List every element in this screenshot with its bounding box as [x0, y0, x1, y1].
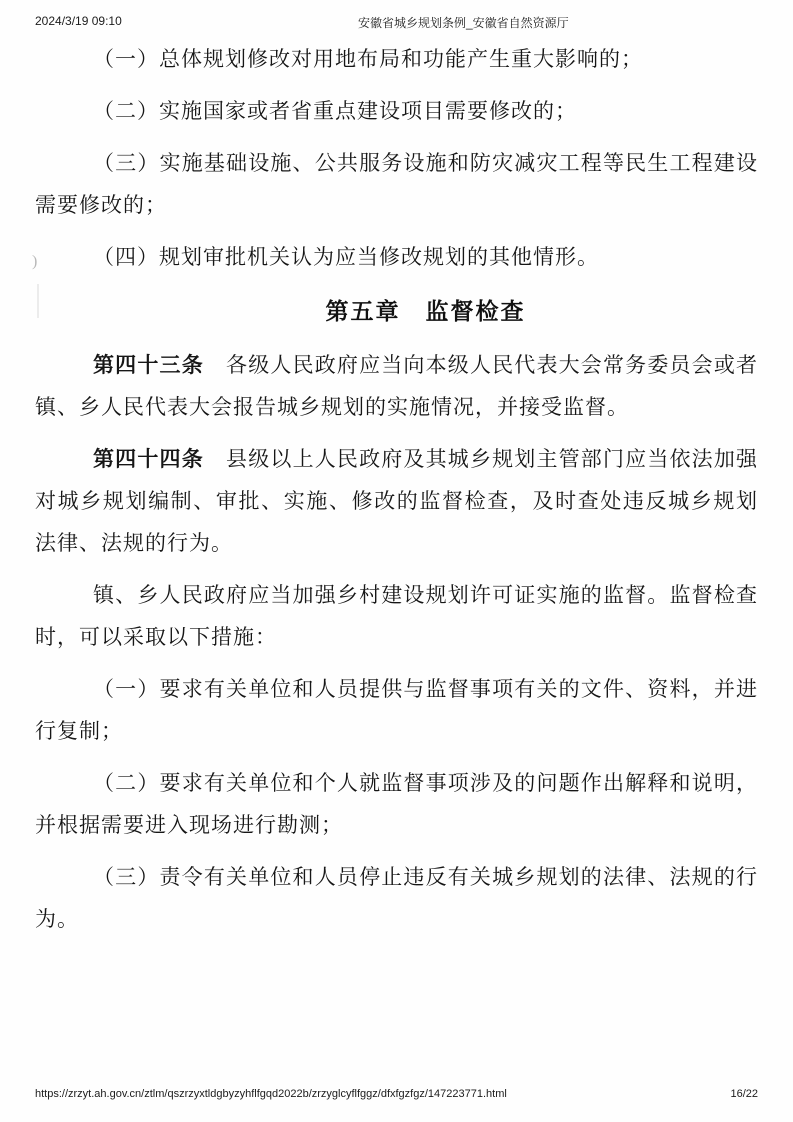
modification-item-4: （四）规划审批机关认为应当修改规划的其他情形。: [35, 236, 758, 278]
measure-item-3: （三）责令有关单位和人员停止违反有关城乡规划的法律、法规的行为。: [35, 856, 758, 940]
measure-item-2: （二）要求有关单位和个人就监督事项涉及的问题作出解释和说明，并根据需要进入现场进…: [35, 762, 758, 846]
supervision-paragraph: 镇、乡人民政府应当加强乡村建设规划许可证实施的监督。监督检查时，可以采取以下措施…: [35, 574, 758, 658]
print-footer: https://zrzyt.ah.gov.cn/ztlm/qszrzyxtldg…: [35, 1088, 758, 1104]
measure-item-1: （一）要求有关单位和人员提供与监督事项有关的文件、资料，并进行复制；: [35, 668, 758, 752]
modification-item-2: （二）实施国家或者省重点建设项目需要修改的；: [35, 90, 758, 132]
article-44-number: 第四十四条: [93, 447, 204, 471]
article-44: 第四十四条 县级以上人民政府及其城乡规划主管部门应当依法加强对城乡规划编制、审批…: [35, 438, 758, 564]
modification-item-1: （一）总体规划修改对用地布局和功能产生重大影响的；: [35, 38, 758, 80]
scan-artifact-line: [37, 284, 39, 318]
document-body: （一）总体规划修改对用地布局和功能产生重大影响的； （二）实施国家或者省重点建设…: [35, 38, 758, 950]
print-document-title: 安徽省城乡规划条例_安徽省自然资源厅: [358, 14, 569, 31]
article-43: 第四十三条 各级人民政府应当向本级人民代表大会常务委员会或者镇、乡人民代表大会报…: [35, 344, 758, 428]
print-header: 2024/3/19 09:10 安徽省城乡规划条例_安徽省自然资源厅: [35, 14, 758, 32]
printed-document-page: 2024/3/19 09:10 安徽省城乡规划条例_安徽省自然资源厅 （一）总体…: [0, 0, 793, 1122]
source-url: https://zrzyt.ah.gov.cn/ztlm/qszrzyxtldg…: [35, 1088, 507, 1100]
page-number: 16/22: [730, 1088, 758, 1100]
chapter-heading: 第五章 监督检查: [35, 288, 758, 334]
print-datetime: 2024/3/19 09:10: [35, 14, 122, 28]
scan-artifact-glyph: ): [32, 253, 37, 271]
modification-item-3: （三）实施基础设施、公共服务设施和防灾减灾工程等民生工程建设需要修改的；: [35, 142, 758, 226]
article-43-number: 第四十三条: [93, 353, 204, 377]
